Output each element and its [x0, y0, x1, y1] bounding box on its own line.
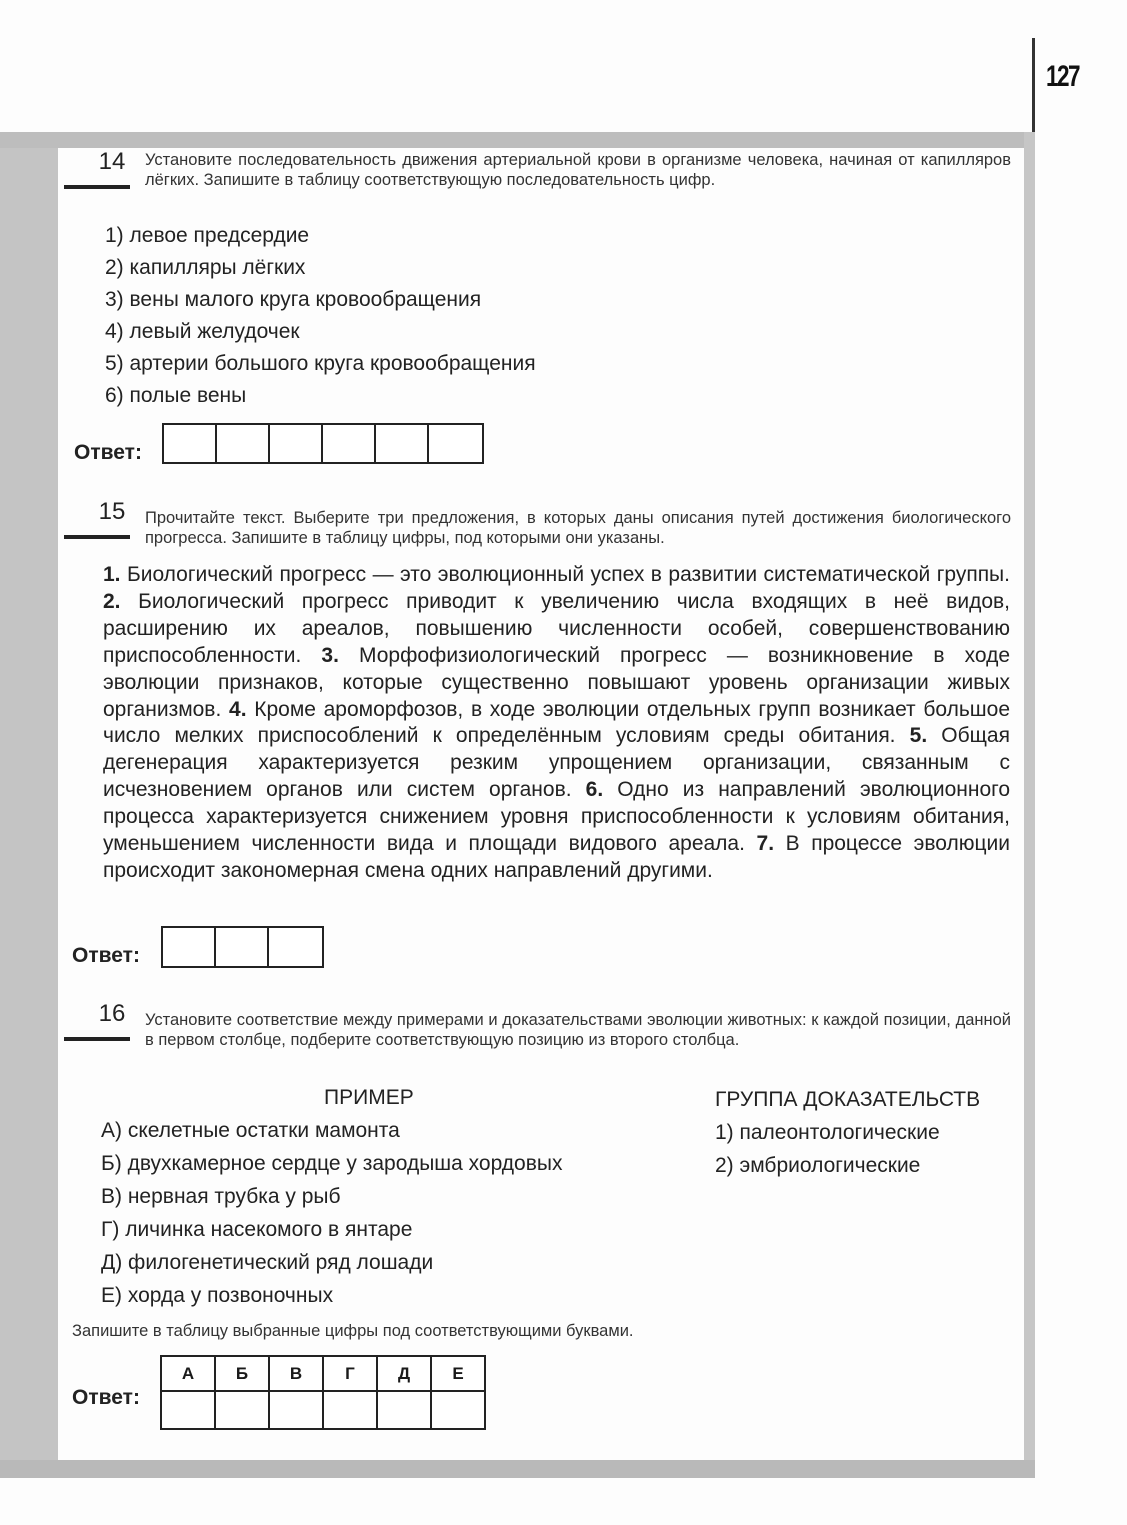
- task-number-underline: [64, 185, 130, 189]
- letter-cell: В: [269, 1356, 323, 1391]
- examples-header: ПРИМЕР: [324, 1086, 414, 1110]
- task-number-underline: [64, 535, 130, 539]
- sentence-number: 6.: [586, 778, 604, 801]
- answer-cell[interactable]: [376, 425, 429, 462]
- task-number: 15: [82, 498, 142, 526]
- task-instruction: Установите последовательность движения а…: [145, 150, 1011, 190]
- answer-cell[interactable]: [164, 425, 217, 462]
- sentence: Биологический прогресс — это эволюционны…: [127, 563, 1010, 586]
- answer-grid-14: [162, 423, 484, 464]
- examples-list: А) скелетные остатки мамонта Б) двухкаме…: [101, 1114, 562, 1312]
- example-item: Д) филогенетический ряд лошади: [101, 1246, 562, 1279]
- answer-cell[interactable]: [215, 1391, 269, 1429]
- letter-cell: А: [161, 1356, 215, 1391]
- task-number: 16: [82, 1000, 142, 1028]
- letter-cell: Г: [323, 1356, 377, 1391]
- option-item: 2) капилляры лёгких: [105, 252, 536, 284]
- frame-bottom: [0, 1460, 1035, 1478]
- option-item: 1) левое предсердие: [105, 220, 536, 252]
- letters-row: А Б В Г Д Е: [161, 1356, 485, 1391]
- frame-right: [1024, 132, 1035, 1478]
- sentence-number: 1.: [103, 563, 121, 586]
- example-item: Е) хорда у позвоночных: [101, 1279, 562, 1312]
- answer-label: Ответ:: [72, 1386, 140, 1410]
- answer-cell[interactable]: [217, 425, 270, 462]
- example-item: Г) личинка насекомого в янтаре: [101, 1213, 562, 1246]
- answer-cell[interactable]: [161, 1391, 215, 1429]
- sentence-number: 2.: [103, 590, 121, 613]
- letter-cell: Б: [215, 1356, 269, 1391]
- task-instruction: Установите соответствие между примерами …: [145, 1010, 1011, 1050]
- answer-cell[interactable]: [163, 928, 216, 966]
- answer-cell[interactable]: [323, 425, 376, 462]
- frame-left: [0, 132, 58, 1478]
- letter-cell: Д: [377, 1356, 431, 1391]
- option-item: 6) полые вены: [105, 380, 536, 412]
- group-item: 1) палеонтологические: [715, 1116, 940, 1149]
- option-item: 4) левый желудочек: [105, 316, 536, 348]
- sentence-number: 5.: [910, 724, 928, 747]
- groups-header: ГРУППА ДОКАЗАТЕЛЬСТВ: [715, 1088, 980, 1112]
- answer-cell[interactable]: [216, 928, 269, 966]
- answer-cell[interactable]: [323, 1391, 377, 1429]
- passage-text: 1. Биологический прогресс — это эволюцио…: [103, 562, 1010, 885]
- answer-cell[interactable]: [377, 1391, 431, 1429]
- page-header-rule: [1032, 38, 1035, 142]
- options-list: 1) левое предсердие 2) капилляры лёгких …: [105, 220, 536, 412]
- frame-top: [0, 132, 1035, 148]
- answer-label: Ответ:: [72, 944, 140, 968]
- answer-cell[interactable]: [429, 425, 482, 462]
- answer-label: Ответ:: [74, 441, 142, 465]
- answer-cell[interactable]: [431, 1391, 485, 1429]
- sentence-number: 4.: [229, 698, 247, 721]
- answer-grid-15: [161, 926, 324, 968]
- example-item: В) нервная трубка у рыб: [101, 1180, 562, 1213]
- groups-list: 1) палеонтологические 2) эмбриологически…: [715, 1116, 940, 1182]
- sentence-number: 7.: [757, 832, 775, 855]
- option-item: 5) артерии большого круга кровообращения: [105, 348, 536, 380]
- answer-cell[interactable]: [269, 928, 322, 966]
- answer-cell[interactable]: [269, 1391, 323, 1429]
- sentence-number: 3.: [321, 644, 339, 667]
- example-item: А) скелетные остатки мамонта: [101, 1114, 562, 1147]
- example-item: Б) двухкамерное сердце у зародыша хордов…: [101, 1147, 562, 1180]
- answers-row: [161, 1391, 485, 1429]
- table-instruction: Запишите в таблицу выбранные цифры под с…: [72, 1322, 634, 1341]
- task-number: 14: [82, 148, 142, 176]
- letter-cell: Е: [431, 1356, 485, 1391]
- group-item: 2) эмбриологические: [715, 1149, 940, 1182]
- page-number: 127: [1046, 60, 1079, 94]
- task-instruction: Прочитайте текст. Выберите три предложен…: [145, 508, 1011, 548]
- answer-table-16: А Б В Г Д Е: [160, 1355, 486, 1430]
- answer-cell[interactable]: [270, 425, 323, 462]
- tasks-panel: 14 Установите последовательность движени…: [58, 148, 1024, 1460]
- option-item: 3) вены малого круга кровообращения: [105, 284, 536, 316]
- task-number-underline: [64, 1037, 130, 1041]
